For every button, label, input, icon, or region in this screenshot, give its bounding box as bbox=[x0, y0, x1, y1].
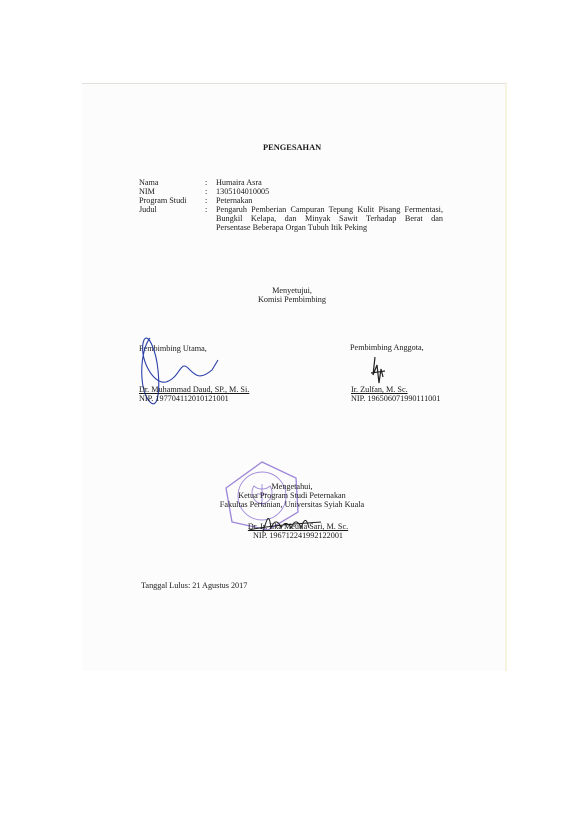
approval-subheading: Komisi Pembimbing bbox=[142, 295, 442, 305]
graduation-date: Tanggal Lulus: 21 Agustus 2017 bbox=[141, 581, 247, 591]
field-value-judul-line-3: Persentase Beberapa Organ Tubuh Itik Pek… bbox=[216, 223, 367, 233]
supervisor-member-nip: NIP. 196506071990111001 bbox=[351, 394, 440, 404]
field-label-judul: Judul bbox=[139, 205, 157, 215]
page-title: PENGESAHAN bbox=[263, 143, 321, 153]
acknowledgement-nip: NIP. 196712241992122001 bbox=[148, 531, 448, 541]
supervisor-member-role: Pembimbing Anggota, bbox=[350, 343, 424, 353]
supervisor-main-nip: NIP. 197704112010121001 bbox=[139, 394, 229, 404]
field-separator: : bbox=[205, 205, 207, 215]
